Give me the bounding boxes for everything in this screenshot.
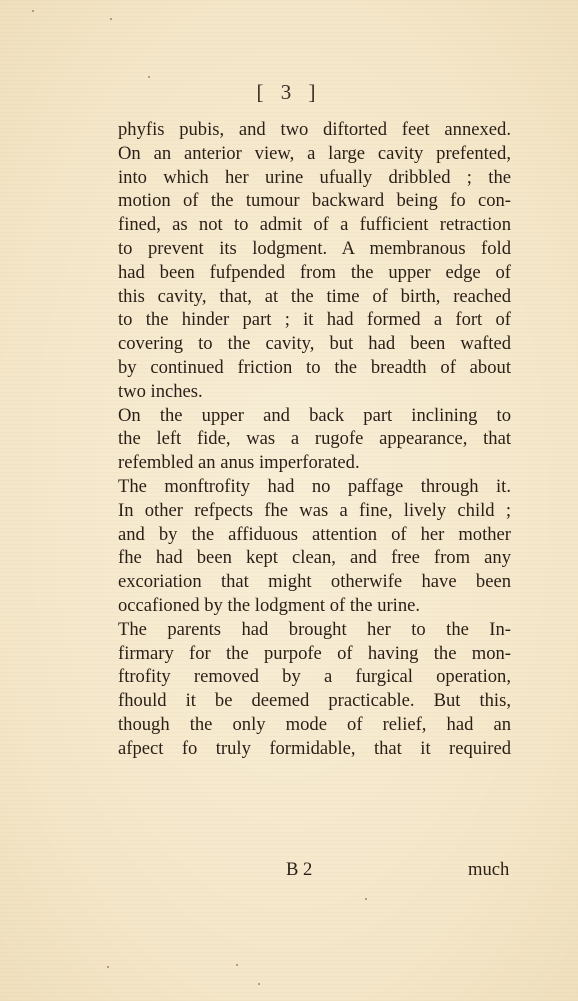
- paragraph-start-line: In other refpects fhe was a fine, lively…: [118, 499, 511, 523]
- text-line: firmary for the purpofe of having the mo…: [118, 642, 511, 666]
- text-line: excoriation that might otherwife have be…: [118, 570, 511, 594]
- text-line: phyfis pubis, and two diftorted feet ann…: [118, 118, 511, 142]
- catchword: much: [468, 859, 509, 881]
- text-line: into which her urine ufually dribbled ; …: [118, 166, 511, 190]
- text-line: fined, as not to admit of a fufficient r…: [118, 213, 511, 237]
- text-line: and by the affiduous attention of her mo…: [118, 523, 511, 547]
- text-line: to prevent its lodgment. A membranous fo…: [118, 237, 511, 261]
- text-line: covering to the cavity, but had been waf…: [118, 332, 511, 356]
- text-line: though the only mode of relief, had an: [118, 713, 511, 737]
- paragraph-start-line: On the upper and back part inclining to: [118, 404, 511, 428]
- text-line: to the hinder part ; it had formed a for…: [118, 308, 511, 332]
- text-line: afpect fo truly formidable, that it requ…: [118, 737, 511, 761]
- text-line: fhe had been kept clean, and free from a…: [118, 546, 511, 570]
- text-line: occafioned by the lodgment of the urine.: [118, 594, 511, 618]
- paper-speck: [32, 10, 34, 12]
- text-line: fhould it be deemed practicable. But thi…: [118, 689, 511, 713]
- text-line: had been fufpended from the upper edge o…: [118, 261, 511, 285]
- text-line: by continued friction to the breadth of …: [118, 356, 511, 380]
- text-line: two inches.: [118, 380, 511, 404]
- text-line: refembled an anus imperforated.: [118, 451, 511, 475]
- paper-speck: [107, 966, 109, 968]
- paper-speck: [365, 898, 367, 900]
- text-line: On an anterior view, a large cavity pref…: [118, 142, 511, 166]
- body-text: phyfis pubis, and two diftorted feet ann…: [118, 118, 511, 761]
- paper-speck: [400, 447, 402, 449]
- paragraph-start-line: The parents had brought her to the In-: [118, 618, 511, 642]
- paper-speck: [110, 18, 112, 20]
- paper-speck: [258, 983, 260, 985]
- text-line: motion of the tumour backward being fo c…: [118, 189, 511, 213]
- page-number: [ 3 ]: [0, 80, 578, 105]
- paper-speck: [236, 964, 238, 966]
- page-footer: B 2 much: [0, 859, 578, 885]
- text-line: ftrofity removed by a furgical operation…: [118, 665, 511, 689]
- text-line: the left fide, was a rugofe appearance, …: [118, 427, 511, 451]
- text-line: this cavity, that, at the time of birth,…: [118, 285, 511, 309]
- book-page: [ 3 ] phyfis pubis, and two diftorted fe…: [0, 0, 578, 1001]
- signature-mark: B 2: [286, 859, 312, 881]
- paper-speck: [148, 76, 150, 78]
- paragraph-start-line: The monftrofity had no paffage through i…: [118, 475, 511, 499]
